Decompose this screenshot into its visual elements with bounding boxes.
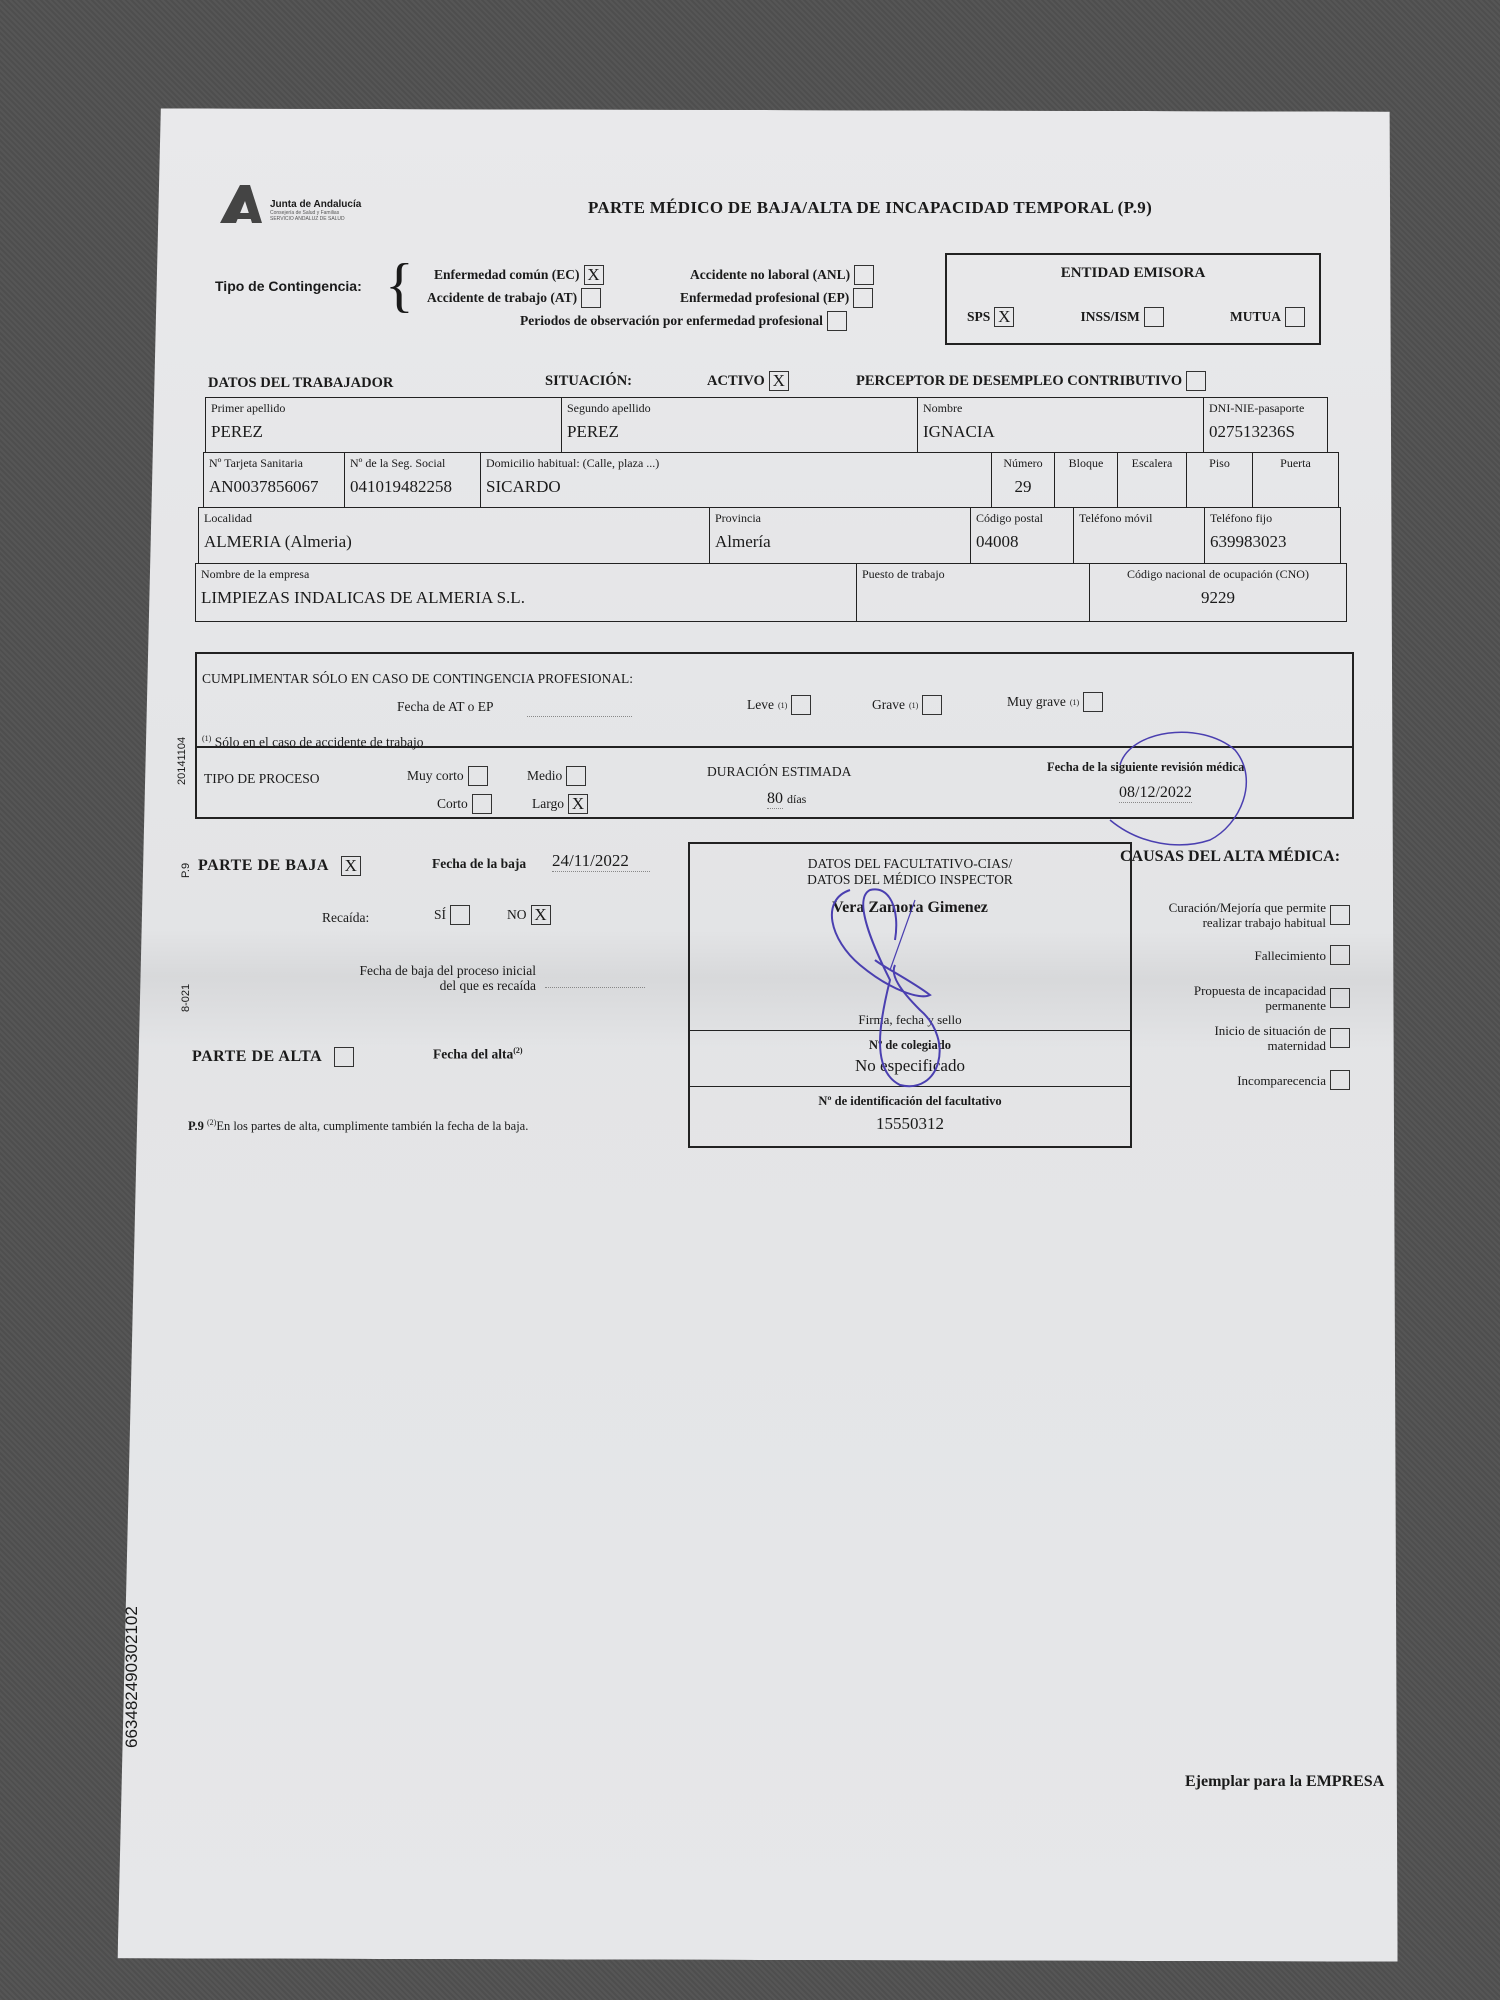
option-enfermedad-profesional[interactable]: Enfermedad profesional (EP) bbox=[680, 288, 873, 308]
option-grave[interactable]: Grave(1) bbox=[872, 695, 942, 715]
recaida-label: Recaída: bbox=[322, 910, 369, 926]
checkbox-parte-baja[interactable]: X bbox=[341, 856, 361, 876]
option-perceptor-desempleo[interactable]: PERCEPTOR DE DESEMPLEO CONTRIBUTIVO bbox=[856, 371, 1206, 391]
option-muy-corto[interactable]: Muy corto bbox=[407, 766, 488, 786]
checkbox-curacion[interactable] bbox=[1330, 905, 1350, 925]
checkbox-grave[interactable] bbox=[922, 695, 942, 715]
field-dni[interactable]: DNI-NIE-pasaporte027513236S bbox=[1204, 398, 1328, 453]
causa-curacion[interactable]: Curación/Mejoría que permiterealizar tra… bbox=[1169, 900, 1350, 930]
fecha-baja-field[interactable]: 24/11/2022 bbox=[552, 851, 650, 872]
checkbox-corto[interactable] bbox=[472, 794, 492, 814]
option-largo[interactable]: LargoX bbox=[532, 794, 588, 814]
field-cno[interactable]: Código nacional de ocupación (CNO)9229 bbox=[1090, 564, 1347, 622]
option-activo[interactable]: ACTIVO X bbox=[707, 371, 789, 391]
field-codigo-postal[interactable]: Código postal04008 bbox=[971, 508, 1074, 564]
facultativo-box: DATOS DEL FACULTATIVO-CIAS/DATOS DEL MÉD… bbox=[688, 842, 1132, 1148]
option-parte-alta[interactable]: PARTE DE ALTA bbox=[192, 1047, 354, 1067]
margin-code-date: 20141104 bbox=[176, 737, 188, 785]
checkbox-largo[interactable]: X bbox=[568, 794, 588, 814]
proceso-inicial-field[interactable] bbox=[545, 985, 645, 988]
junta-andalucia-a-logo-icon bbox=[218, 183, 264, 225]
tipo-proceso-label: TIPO DE PROCESO bbox=[204, 771, 320, 787]
checkbox-muy-grave[interactable] bbox=[1083, 692, 1103, 712]
field-numero[interactable]: Número29 bbox=[992, 453, 1055, 508]
logo-title: Junta de Andalucía bbox=[270, 199, 361, 210]
option-accidente-no-laboral[interactable]: Accidente no laboral (ANL) bbox=[690, 265, 874, 285]
option-sps[interactable]: SPSX bbox=[967, 307, 1014, 327]
checkbox-perceptor-desempleo[interactable] bbox=[1186, 371, 1206, 391]
entidad-emisora-title: ENTIDAD EMISORA bbox=[947, 265, 1319, 282]
fecha-at-ep-label: Fecha de AT o EP bbox=[397, 699, 494, 715]
field-segundo-apellido[interactable]: Segundo apellidoPEREZ bbox=[562, 398, 918, 453]
brace-decoration: { bbox=[385, 255, 414, 315]
checkbox-enfermedad-profesional[interactable] bbox=[853, 288, 873, 308]
option-corto[interactable]: Corto bbox=[437, 794, 492, 814]
worker-row-location: LocalidadALMERIA (Almeria) ProvinciaAlme… bbox=[198, 507, 1341, 564]
document-title: PARTE MÉDICO DE BAJA/ALTA DE INCAPACIDAD… bbox=[588, 198, 1152, 218]
colegiado-value: No especificado bbox=[690, 1056, 1130, 1076]
causa-incomparecencia[interactable]: Incomparecencia bbox=[1237, 1070, 1350, 1090]
field-telefono-movil[interactable]: Teléfono móvil bbox=[1074, 508, 1205, 564]
checkbox-parte-alta[interactable] bbox=[334, 1047, 354, 1067]
option-leve[interactable]: Leve(1) bbox=[747, 695, 811, 715]
field-primer-apellido[interactable]: Primer apellidoPEREZ bbox=[206, 398, 562, 453]
fecha-at-ep-field[interactable] bbox=[527, 714, 632, 717]
colegiado-label: Nº de colegiado bbox=[690, 1038, 1130, 1053]
option-periodos-observacion[interactable]: Periodos de observación por enfermedad p… bbox=[520, 311, 847, 331]
footnote-1: (1) Sólo en el caso de accidente de trab… bbox=[202, 734, 424, 751]
option-mutua[interactable]: MUTUA bbox=[1230, 307, 1305, 327]
causas-alta-title: CAUSAS DEL ALTA MÉDICA: bbox=[1120, 848, 1340, 866]
checkbox-incapacidad-permanente[interactable] bbox=[1330, 988, 1350, 1008]
checkbox-leve[interactable] bbox=[791, 695, 811, 715]
facultativo-header: DATOS DEL FACULTATIVO-CIAS/DATOS DEL MÉD… bbox=[690, 856, 1130, 888]
checkbox-enfermedad-comun[interactable]: X bbox=[584, 265, 604, 285]
checkbox-muy-corto[interactable] bbox=[468, 766, 488, 786]
footnote-2: P.9 (2)En los partes de alta, cumpliment… bbox=[188, 1118, 528, 1134]
field-tarjeta-sanitaria[interactable]: Nº Tarjeta SanitariaAN0037856067 bbox=[204, 453, 345, 508]
field-localidad[interactable]: LocalidadALMERIA (Almeria) bbox=[199, 508, 710, 564]
contingencia-profesional-box: CUMPLIMENTAR SÓLO EN CASO DE CONTINGENCI… bbox=[195, 652, 1354, 819]
option-enfermedad-comun[interactable]: Enfermedad común (EC) X bbox=[434, 265, 604, 285]
field-piso[interactable]: Piso bbox=[1187, 453, 1253, 508]
datos-trabajador-title: DATOS DEL TRABAJADOR bbox=[208, 375, 393, 392]
option-recaida-no[interactable]: NOX bbox=[507, 905, 551, 925]
causa-fallecimiento[interactable]: Fallecimiento bbox=[1255, 945, 1350, 965]
siguiente-revision-field[interactable]: 08/12/2022 bbox=[1119, 784, 1192, 803]
field-seg-social[interactable]: Nº de la Seg. Social041019482258 bbox=[345, 453, 481, 508]
siguiente-revision-label: Fecha de la siguiente revisión médica bbox=[1047, 760, 1244, 775]
checkbox-inss-ism[interactable] bbox=[1144, 307, 1164, 327]
option-recaida-si[interactable]: SÍ bbox=[434, 905, 470, 925]
option-accidente-trabajo[interactable]: Accidente de trabajo (AT) bbox=[427, 288, 601, 308]
duracion-estimada-field[interactable]: 80 días bbox=[767, 790, 806, 809]
worker-row-company: Nombre de la empresaLIMPIEZAS INDALICAS … bbox=[195, 563, 1347, 622]
checkbox-recaida-si[interactable] bbox=[450, 905, 470, 925]
facultativo-name: Vera Zamora Gimenez bbox=[690, 899, 1130, 917]
tipo-contingencia-label: Tipo de Contingencia: bbox=[215, 278, 362, 294]
field-nombre[interactable]: NombreIGNACIA bbox=[918, 398, 1204, 453]
firma-label: Firma, fecha y sello bbox=[690, 1012, 1130, 1028]
entidad-emisora-box: ENTIDAD EMISORA SPSX INSS/ISM MUTUA bbox=[945, 253, 1321, 345]
checkbox-incomparecencia[interactable] bbox=[1330, 1070, 1350, 1090]
checkbox-accidente-no-laboral[interactable] bbox=[854, 265, 874, 285]
situacion-label: SITUACIÓN: bbox=[545, 373, 632, 390]
option-parte-baja[interactable]: PARTE DE BAJAX bbox=[198, 856, 361, 876]
checkbox-fallecimiento[interactable] bbox=[1330, 945, 1350, 965]
checkbox-mutua[interactable] bbox=[1285, 307, 1305, 327]
causa-maternidad[interactable]: Inicio de situación dematernidad bbox=[1214, 1023, 1350, 1053]
field-escalera[interactable]: Escalera bbox=[1118, 453, 1187, 508]
field-bloque[interactable]: Bloque bbox=[1055, 453, 1118, 508]
field-empresa[interactable]: Nombre de la empresaLIMPIEZAS INDALICAS … bbox=[196, 564, 857, 622]
worker-row-address: Nº Tarjeta SanitariaAN0037856067 Nº de l… bbox=[203, 452, 1339, 508]
checkbox-activo[interactable]: X bbox=[769, 371, 789, 391]
fecha-baja-label: Fecha de la baja bbox=[432, 856, 526, 872]
ejemplar-label: Ejemplar para la EMPRESA bbox=[1185, 1773, 1384, 1791]
margin-code-p9: P.9 bbox=[180, 863, 192, 878]
proceso-inicial-label: Fecha de baja del proceso inicialdel que… bbox=[340, 963, 536, 993]
checkbox-periodos-observacion[interactable] bbox=[827, 311, 847, 331]
checkbox-sps[interactable]: X bbox=[994, 307, 1014, 327]
duracion-estimada-label: DURACIÓN ESTIMADA bbox=[707, 764, 851, 780]
field-provincia[interactable]: ProvinciaAlmería bbox=[710, 508, 971, 564]
checkbox-accidente-trabajo[interactable] bbox=[581, 288, 601, 308]
barcode-number: 66348249030210​2 bbox=[122, 1606, 142, 1748]
checkbox-medio[interactable] bbox=[566, 766, 586, 786]
option-medio[interactable]: Medio bbox=[527, 766, 586, 786]
logo-subtitle-2: SERVICIO ANDALUZ DE SALUD bbox=[270, 216, 361, 222]
margin-code-form: 8-021 bbox=[180, 984, 192, 1012]
field-telefono-fijo[interactable]: Teléfono fijo639983023 bbox=[1205, 508, 1341, 564]
field-domicilio[interactable]: Domicilio habitual: (Calle, plaza ...)SI… bbox=[481, 453, 992, 508]
fecha-alta-label: Fecha del alta(2) bbox=[433, 1046, 523, 1063]
contingencia-profesional-title: CUMPLIMENTAR SÓLO EN CASO DE CONTINGENCI… bbox=[202, 671, 633, 687]
checkbox-maternidad[interactable] bbox=[1330, 1028, 1350, 1048]
id-facultativo-value: 15550312 bbox=[690, 1114, 1130, 1134]
option-muy-grave[interactable]: Muy grave(1) bbox=[1007, 692, 1103, 712]
junta-andalucia-logo: Junta de Andalucía Consejería de Salud y… bbox=[218, 183, 368, 233]
id-facultativo-label: Nº de identificación del facultativo bbox=[690, 1094, 1130, 1109]
field-puerta[interactable]: Puerta bbox=[1253, 453, 1339, 508]
causa-incapacidad-permanente[interactable]: Propuesta de incapacidadpermanente bbox=[1194, 983, 1350, 1013]
checkbox-recaida-no[interactable]: X bbox=[531, 905, 551, 925]
field-puesto-trabajo[interactable]: Puesto de trabajo bbox=[857, 564, 1090, 622]
worker-row-names: Primer apellidoPEREZ Segundo apellidoPER… bbox=[205, 397, 1328, 453]
option-inss-ism[interactable]: INSS/ISM bbox=[1080, 307, 1163, 327]
